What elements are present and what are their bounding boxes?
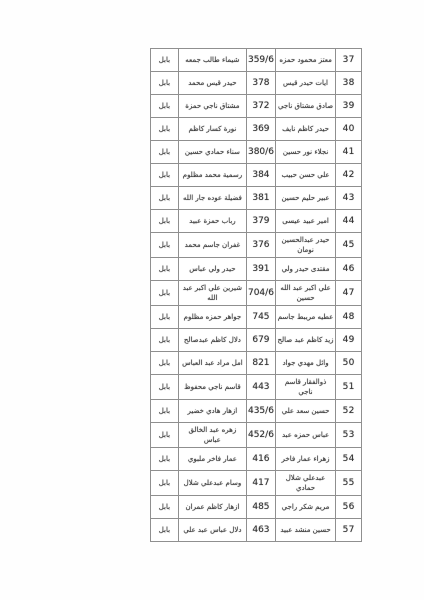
name-left-cell: ازهار كاظم عمران [179,496,247,518]
ref-number-cell: 378 [247,72,276,94]
ref-number-cell: 435/6 [247,400,276,422]
name-right-cell: عبير حليم حسين [276,187,336,209]
table-row: 53 عباس حمزه عبد 452/6 زهره عبد الخالق ع… [151,422,361,447]
ref-number-cell: 372 [247,95,276,117]
province-cell: بابل [151,519,179,541]
row-number-cell: 39 [336,95,361,117]
name-left-cell: رسمية محمد مظلوم [179,164,247,186]
province-cell: بابل [151,281,179,305]
name-left-cell: عمار فاخر ملبوي [179,448,247,470]
row-number-cell: 38 [336,72,361,94]
row-number-cell: 57 [336,519,361,541]
name-left-cell: دلال كاظم عبدصالح [179,329,247,351]
ref-number-cell: 381 [247,187,276,209]
name-right-cell: مقتدى حيدر ولي [276,258,336,280]
province-cell: بابل [151,448,179,470]
name-right-cell: مريم شكر راجي [276,496,336,518]
row-number-cell: 54 [336,448,361,470]
ref-number-cell: 379 [247,210,276,232]
province-cell: بابل [151,306,179,328]
name-left-cell: دلال عباس عبد علي [179,519,247,541]
province-cell: بابل [151,471,179,495]
table-row: 45 حيدر عبدالحسين نومان 376 غفران جاسم م… [151,232,361,257]
table-row: 40 حيدر كاظم نايف 369 نورة كسار كاظم باب… [151,117,361,140]
table-row: 41 نجلاء نور حسين 380/6 سناء حمادي حسين … [151,140,361,163]
name-left-cell: حيدر ولي عباس [179,258,247,280]
ref-number-cell: 463 [247,519,276,541]
name-right-cell: حسين منشد عبيد [276,519,336,541]
table-row: 38 ايات حيدر قيس 378 حيدر قيس محمد بابل [151,71,361,94]
ref-number-cell: 369 [247,118,276,140]
name-left-cell: مشتاق ناجي حمزة [179,95,247,117]
province-cell: بابل [151,95,179,117]
name-right-cell: نجلاء نور حسين [276,141,336,163]
name-left-cell: شيرين علي اكبر عبد الله [179,281,247,305]
row-number-cell: 44 [336,210,361,232]
ref-number-cell: 679 [247,329,276,351]
name-left-cell: وسام عبدعلي شلال [179,471,247,495]
records-table: 37 معتز محمود حمزه 359/6 شيماء طالب جمعه… [150,48,362,542]
name-right-cell: ايات حيدر قيس [276,72,336,94]
name-right-cell: زهراء عمار فاخر [276,448,336,470]
name-right-cell: ذوالفقار قاسم ناجي [276,375,336,399]
name-left-cell: جواهر حمزه مظلوم [179,306,247,328]
ref-number-cell: 384 [247,164,276,186]
ref-number-cell: 391 [247,258,276,280]
province-cell: بابل [151,49,179,71]
province-cell: بابل [151,164,179,186]
province-cell: بابل [151,210,179,232]
name-right-cell: علي اكبر عبد الله حسين [276,281,336,305]
table-row: 44 امير عبيد عيسى 379 رباب حمزة عبيد باب… [151,209,361,232]
name-right-cell: عطيه مريبط جاسم [276,306,336,328]
ref-number-cell: 443 [247,375,276,399]
name-left-cell: رباب حمزة عبيد [179,210,247,232]
row-number-cell: 40 [336,118,361,140]
row-number-cell: 56 [336,496,361,518]
table-row: 50 وائل مهدي جواد 821 امل مراد عبد العبا… [151,351,361,374]
table-row: 56 مريم شكر راجي 485 ازهار كاظم عمران با… [151,495,361,518]
name-left-cell: فضيلة عوده جار الله [179,187,247,209]
table-row: 57 حسين منشد عبيد 463 دلال عباس عبد علي … [151,518,361,541]
row-number-cell: 48 [336,306,361,328]
province-cell: بابل [151,233,179,257]
table-row: 43 عبير حليم حسين 381 فضيلة عوده جار الل… [151,186,361,209]
name-right-cell: عبدعلي شلال حمادي [276,471,336,495]
province-cell: بابل [151,187,179,209]
name-left-cell: امل مراد عبد العباس [179,352,247,374]
table-row: 48 عطيه مريبط جاسم 745 جواهر حمزه مظلوم … [151,305,361,328]
table-row: 54 زهراء عمار فاخر 416 عمار فاخر ملبوي ب… [151,447,361,470]
province-cell: بابل [151,375,179,399]
province-cell: بابل [151,329,179,351]
row-number-cell: 45 [336,233,361,257]
ref-number-cell: 745 [247,306,276,328]
province-cell: بابل [151,400,179,422]
row-number-cell: 41 [336,141,361,163]
table-row: 37 معتز محمود حمزه 359/6 شيماء طالب جمعه… [151,49,361,71]
province-cell: بابل [151,258,179,280]
name-right-cell: زيد كاظم عبد صالح [276,329,336,351]
table-row: 49 زيد كاظم عبد صالح 679 دلال كاظم عبدصا… [151,328,361,351]
province-cell: بابل [151,423,179,447]
table-row: 52 حسين سعد علي 435/6 ازهار هادي خضير با… [151,399,361,422]
name-left-cell: حيدر قيس محمد [179,72,247,94]
row-number-cell: 43 [336,187,361,209]
name-right-cell: حسين سعد علي [276,400,336,422]
row-number-cell: 51 [336,375,361,399]
name-right-cell: معتز محمود حمزه [276,49,336,71]
ref-number-cell: 380/6 [247,141,276,163]
table-row: 47 علي اكبر عبد الله حسين 704/6 شيرين عل… [151,280,361,305]
province-cell: بابل [151,141,179,163]
row-number-cell: 42 [336,164,361,186]
row-number-cell: 52 [336,400,361,422]
scanned-page: 37 معتز محمود حمزه 359/6 شيماء طالب جمعه… [0,0,424,600]
row-number-cell: 46 [336,258,361,280]
ref-number-cell: 359/6 [247,49,276,71]
name-right-cell: علي حسن حبيب [276,164,336,186]
row-number-cell: 37 [336,49,361,71]
province-cell: بابل [151,72,179,94]
row-number-cell: 50 [336,352,361,374]
ref-number-cell: 376 [247,233,276,257]
row-number-cell: 49 [336,329,361,351]
ref-number-cell: 485 [247,496,276,518]
row-number-cell: 47 [336,281,361,305]
name-right-cell: حيدر كاظم نايف [276,118,336,140]
ref-number-cell: 416 [247,448,276,470]
table-row: 51 ذوالفقار قاسم ناجي 443 قاسم ناجي محفو… [151,374,361,399]
ref-number-cell: 704/6 [247,281,276,305]
name-left-cell: شيماء طالب جمعه [179,49,247,71]
name-left-cell: زهره عبد الخالق عباس [179,423,247,447]
row-number-cell: 55 [336,471,361,495]
name-left-cell: سناء حمادي حسين [179,141,247,163]
name-right-cell: وائل مهدي جواد [276,352,336,374]
name-right-cell: عباس حمزه عبد [276,423,336,447]
name-right-cell: حيدر عبدالحسين نومان [276,233,336,257]
table-row: 55 عبدعلي شلال حمادي 417 وسام عبدعلي شلا… [151,470,361,495]
name-right-cell: امير عبيد عيسى [276,210,336,232]
table-row: 46 مقتدى حيدر ولي 391 حيدر ولي عباس بابل [151,257,361,280]
name-left-cell: غفران جاسم محمد [179,233,247,257]
ref-number-cell: 452/6 [247,423,276,447]
name-left-cell: ازهار هادي خضير [179,400,247,422]
name-right-cell: صادق مشتاق ناجي [276,95,336,117]
ref-number-cell: 821 [247,352,276,374]
province-cell: بابل [151,352,179,374]
table-row: 39 صادق مشتاق ناجي 372 مشتاق ناجي حمزة ب… [151,94,361,117]
ref-number-cell: 417 [247,471,276,495]
row-number-cell: 53 [336,423,361,447]
province-cell: بابل [151,496,179,518]
name-left-cell: قاسم ناجي محفوظ [179,375,247,399]
table-row: 42 علي حسن حبيب 384 رسمية محمد مظلوم باب… [151,163,361,186]
province-cell: بابل [151,118,179,140]
name-left-cell: نورة كسار كاظم [179,118,247,140]
